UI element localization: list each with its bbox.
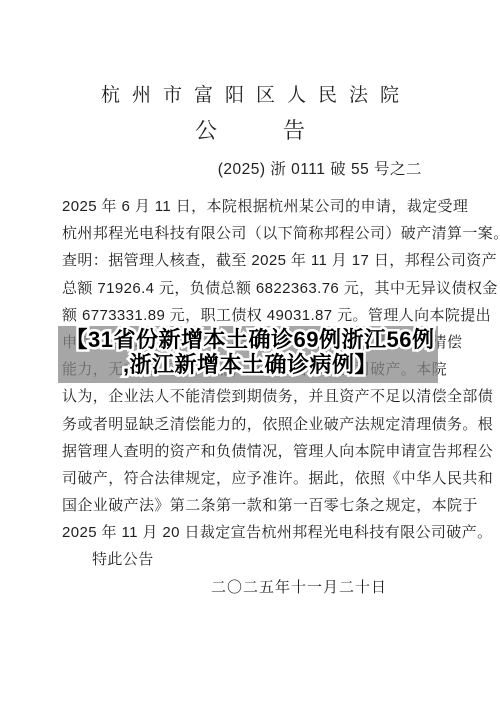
notice-date: 二〇二五年十一月二十日: [62, 574, 457, 601]
closing-statement: 特此公告: [62, 546, 457, 573]
notice-line: 务或者明显缺乏清偿能力的，依照企业破产法规定清理债务。根: [62, 411, 457, 438]
notice-line: 查明：据管理人核查，截至 2025 年 11 月 17 日，邦程公司资产: [62, 247, 457, 274]
headline-line-2: ,浙江新增本土确诊病例】: [30, 352, 470, 377]
notice-line: 2025 年 11 月 20 日裁定宣告杭州邦程光电科技有限公司破产。: [62, 519, 457, 546]
notice-body: 2025 年 6 月 11 日，本院根据杭州某公司的申请，裁定受理 杭州邦程光电…: [62, 193, 457, 601]
notice-line: 司破产，符合法律规定，应予准许。据此，依照《中华人民共和: [62, 465, 457, 492]
notice-line: 额 6773331.89 元，职工债权 49031.87 元。管理人向本院提出: [62, 302, 457, 329]
notice-line: 国企业破产法》第二条第一款和第一百零七条之规定，本院于: [62, 492, 457, 519]
headline-line-1: 【31省份新增本土确诊69例浙江56例: [30, 327, 470, 352]
court-notice-page: 杭州市富阳区人民法院 公 告 (2025) 浙 0111 破 55 号之二 20…: [0, 0, 500, 706]
news-headline-overlay: 【31省份新增本土确诊69例浙江56例 ,浙江新增本土确诊病例】: [30, 327, 470, 377]
case-number: (2025) 浙 0111 破 55 号之二: [0, 157, 500, 179]
notice-line: 杭州邦程光电科技有限公司（以下简称邦程公司）破产清算一案。: [62, 220, 457, 247]
notice-line: 2025 年 6 月 11 日，本院根据杭州某公司的申请，裁定受理: [62, 193, 457, 220]
notice-title: 公 告: [0, 114, 500, 145]
notice-line: 据管理人查明的资产和负债情况，管理人向本院申请宣告邦程公: [62, 438, 457, 465]
court-name-heading: 杭州市富阳区人民法院: [0, 80, 500, 107]
notice-line: 认为，企业法人不能清偿到期债务，并且资产不足以清偿全部债: [62, 383, 457, 410]
notice-line: 总额 71926.4 元，负债总额 6822363.76 元，其中无异议债权金: [62, 275, 457, 302]
